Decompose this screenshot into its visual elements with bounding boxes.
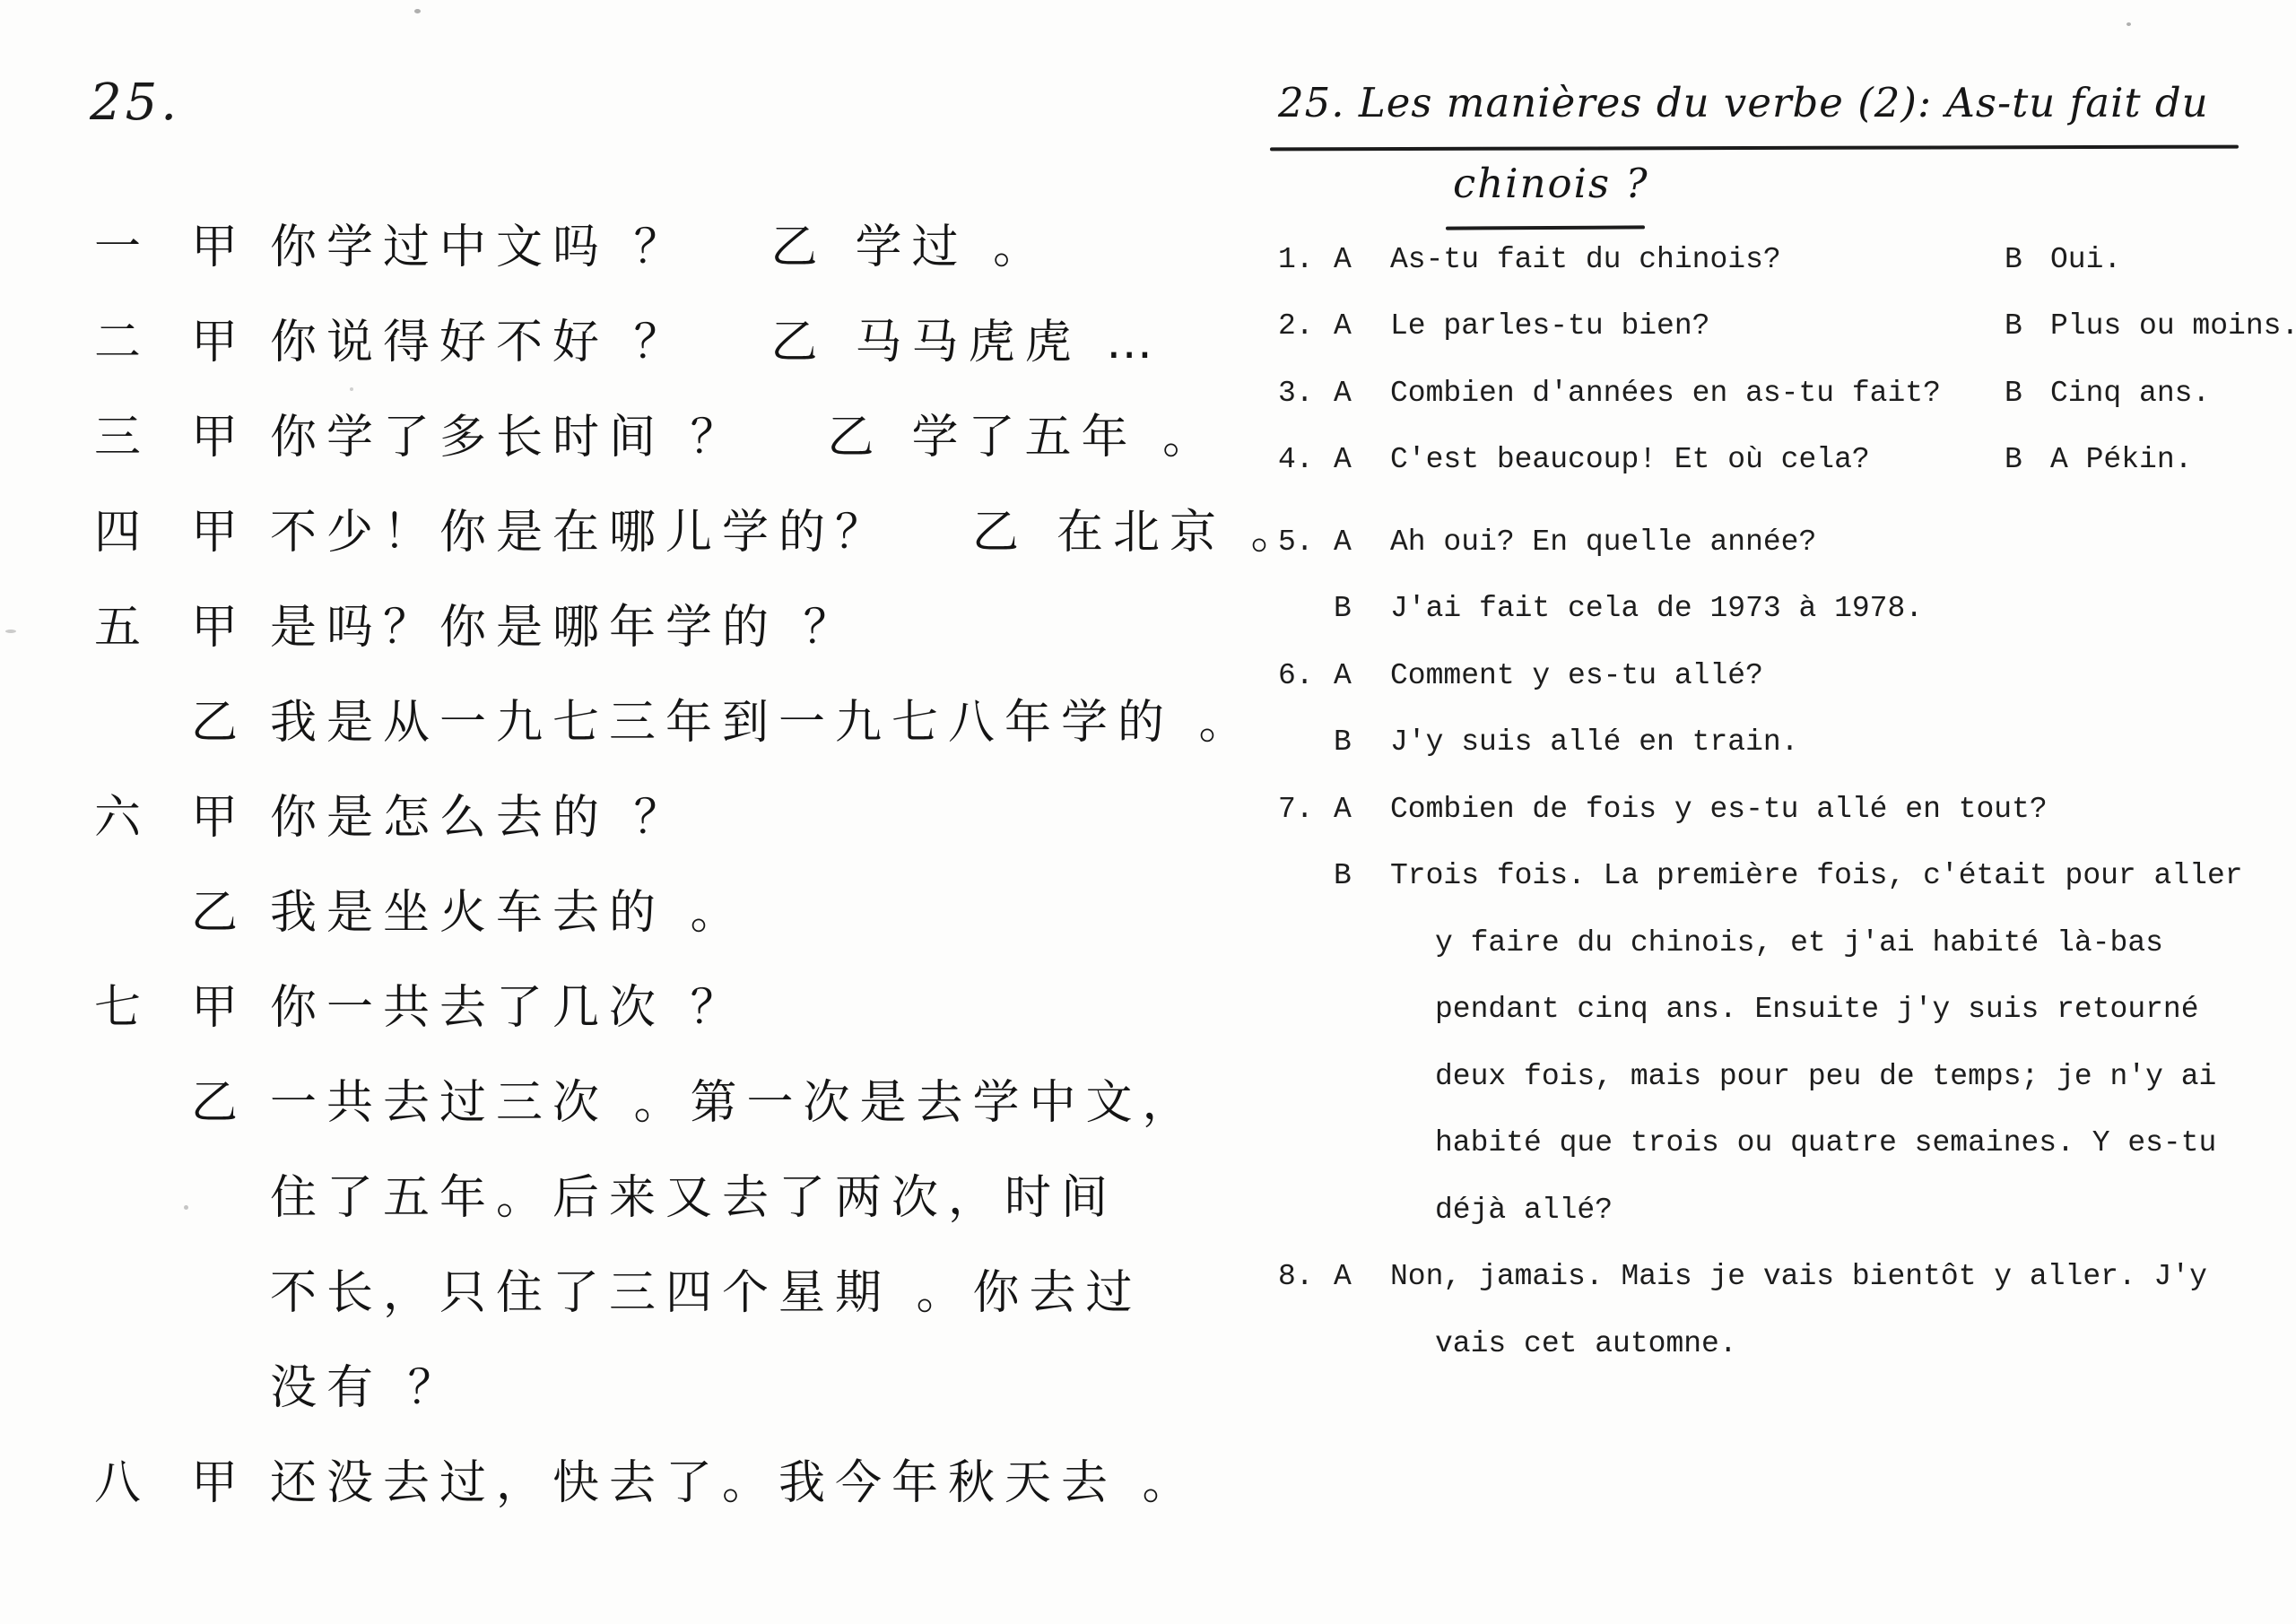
line-text: 一共去过三次 。第一次是去学中文， xyxy=(270,1064,1199,1132)
reply-speaker-label: 乙 xyxy=(828,399,874,466)
dialogue-line: 不长，只住了三四个星期 。你去过 xyxy=(94,1240,1260,1335)
line-text: 你一共去了几次 ？ xyxy=(270,969,747,1037)
line-text: J'ai fait cela de 1973 à 1978. xyxy=(1390,592,1923,625)
line-text: 没有 ？ xyxy=(270,1350,465,1417)
line-number: 一 xyxy=(94,209,191,276)
reply-speaker-label: B xyxy=(2005,243,2050,276)
line-number: 2. xyxy=(1278,309,1334,343)
line-number: 4. xyxy=(1278,443,1334,476)
dialogue-line: 八甲还没去过，快去了。我今年秋天去 。 xyxy=(94,1430,1260,1525)
speaker-label: A xyxy=(1334,1260,1390,1293)
dialogue-line: BJ'y suis allé en train. xyxy=(1278,709,2296,777)
speaker-label: 乙 xyxy=(191,684,270,751)
line-text: Combien de fois y es-tu allé en tout? xyxy=(1390,793,2048,826)
dialogue-line: 8.ANon, jamais. Mais je vais bientôt y a… xyxy=(1278,1244,2296,1311)
dialogue-line: 一甲你学过中文吗 ？乙学过 。 xyxy=(94,195,1260,290)
line-text: 我是坐火车去的 。 xyxy=(270,874,747,942)
reply-text: A Pékin. xyxy=(2050,443,2192,476)
speaker-label: A xyxy=(1334,443,1390,476)
scan-artifact xyxy=(350,387,353,391)
dialogue-line: 4.AC'est beaucoup! Et où cela?BA Pékin. xyxy=(1278,427,2296,494)
line-number: 八 xyxy=(94,1445,191,1512)
chinese-dialogue-column: 一甲你学过中文吗 ？乙学过 。二甲你说得好不好 ？乙马马虎虎 …三甲你学了多长时… xyxy=(94,195,1260,1525)
line-number: 三 xyxy=(94,399,191,466)
dialogue-line: 乙我是坐火车去的 。 xyxy=(94,860,1260,955)
reply-text: 马马虎虎 … xyxy=(856,304,1163,371)
line-text: déjà allé? xyxy=(1390,1194,1613,1227)
dialogue-line: 乙我是从一九七三年到一九七八年学的 。 xyxy=(94,670,1260,765)
speaker-label: 甲 xyxy=(191,779,270,847)
line-text: 是吗？你是哪年学的 ？ xyxy=(270,589,860,656)
line-text: 还没去过，快去了。我今年秋天去 。 xyxy=(270,1445,1199,1512)
line-number: 7. xyxy=(1278,793,1334,826)
scan-artifact xyxy=(414,9,421,13)
speaker-label: 乙 xyxy=(191,874,270,942)
reply-text: Oui. xyxy=(2050,243,2121,276)
title-underline-1 xyxy=(1270,145,2239,152)
speaker-label: A xyxy=(1334,525,1390,559)
dialogue-line: 乙一共去过三次 。第一次是去学中文， xyxy=(94,1050,1260,1145)
line-text: 不长，只住了三四个星期 。你去过 xyxy=(270,1255,1143,1322)
dialogue-line: 2.ALe parles-tu bien?BPlus ou moins. xyxy=(1278,293,2296,360)
dialogue-line: 没有 ？ xyxy=(94,1335,1260,1430)
speaker-label: B xyxy=(1334,725,1390,759)
line-text: 我是从一九七三年到一九七八年学的 。 xyxy=(270,684,1256,751)
speaker-label: A xyxy=(1334,243,1390,276)
line-number: 六 xyxy=(94,779,191,847)
line-text: Ah oui? En quelle année? xyxy=(1390,525,1816,559)
reply-speaker-label: B xyxy=(2005,443,2050,476)
line-text: pendant cinq ans. Ensuite j'y suis retou… xyxy=(1390,993,2199,1026)
line-text: deux fois, mais pour peu de temps; je n'… xyxy=(1390,1060,2216,1093)
line-text: 你是怎么去的 ？ xyxy=(270,779,691,847)
speaker-label: 甲 xyxy=(191,399,270,466)
dialogue-line: habité que trois ou quatre semaines. Y e… xyxy=(1278,1110,2296,1177)
line-number: 8. xyxy=(1278,1260,1334,1293)
dialogue-line: 5.AAh oui? En quelle année? xyxy=(1278,508,2296,576)
reply-text: 在北京 。 xyxy=(1057,494,1308,561)
french-dialogue-column: 1.AAs-tu fait du chinois?BOui.2.ALe parl… xyxy=(1278,226,2296,1377)
speaker-label: A xyxy=(1334,309,1390,343)
line-text: 你学过中文吗 ？ xyxy=(270,209,691,276)
dialogue-line: 三甲你学了多长时间 ？乙学了五年 。 xyxy=(94,385,1260,480)
line-number: 1. xyxy=(1278,243,1334,276)
reply-text: 学过 。 xyxy=(856,209,1050,276)
line-text: y faire du chinois, et j'ai habité là-ba… xyxy=(1390,926,2163,960)
line-text: Le parles-tu bien? xyxy=(1390,309,2005,343)
line-number: 二 xyxy=(94,304,191,371)
reply-speaker-label: 乙 xyxy=(771,209,818,276)
line-text: habité que trois ou quatre semaines. Y e… xyxy=(1390,1126,2216,1159)
reply-speaker-label: 乙 xyxy=(972,494,1019,561)
speaker-label: B xyxy=(1334,592,1390,625)
speaker-label: 甲 xyxy=(191,304,270,371)
dialogue-line: 1.AAs-tu fait du chinois?BOui. xyxy=(1278,226,2296,293)
line-number: 6. xyxy=(1278,659,1334,692)
line-number: 五 xyxy=(94,589,191,656)
dialogue-line: 7.ACombien de fois y es-tu allé en tout? xyxy=(1278,776,2296,843)
dialogue-line: 七甲你一共去了几次 ？ xyxy=(94,955,1260,1050)
line-text: 你学了多长时间 ？ xyxy=(270,399,747,466)
line-text: Non, jamais. Mais je vais bientôt y alle… xyxy=(1390,1260,2207,1293)
dialogue-line: vais cet automne. xyxy=(1278,1310,2296,1377)
reply-text: 学了五年 。 xyxy=(912,399,1220,466)
line-number: 七 xyxy=(94,969,191,1037)
line-number: 四 xyxy=(94,494,191,561)
reply-text: Plus ou moins. xyxy=(2050,309,2296,343)
speaker-label: A xyxy=(1334,793,1390,826)
scanned-textbook-page: 25. 一甲你学过中文吗 ？乙学过 。二甲你说得好不好 ？乙马马虎虎 …三甲你学… xyxy=(0,0,2296,1624)
line-text: 你说得好不好 ？ xyxy=(270,304,691,371)
line-number: 5. xyxy=(1278,525,1334,559)
speaker-label: 甲 xyxy=(191,589,270,656)
dialogue-line: deux fois, mais pour peu de temps; je n'… xyxy=(1278,1043,2296,1110)
line-text: As-tu fait du chinois? xyxy=(1390,243,2005,276)
line-number: 3. xyxy=(1278,377,1334,410)
dialogue-line: 五甲是吗？你是哪年学的 ？ xyxy=(94,575,1260,670)
reply-text: Cinq ans. xyxy=(2050,377,2210,410)
speaker-label: 甲 xyxy=(191,494,270,561)
dialogue-line: 6.AComment y es-tu allé? xyxy=(1278,642,2296,709)
dialogue-line: 四甲不少！你是在哪儿学的？乙在北京 。 xyxy=(94,480,1260,575)
reply-speaker-label: 乙 xyxy=(771,304,818,371)
dialogue-line: 住了五年。后来又去了两次，时间 xyxy=(94,1145,1260,1240)
speaker-label: B xyxy=(1334,859,1390,892)
speaker-label: 甲 xyxy=(191,1445,270,1512)
dialogue-line: déjà allé? xyxy=(1278,1177,2296,1244)
lesson-title-line1: 25. Les manières du verbe (2): As-tu fai… xyxy=(1278,79,2209,126)
line-text: Combien d'années en as-tu fait? xyxy=(1390,377,2005,410)
dialogue-line: y faire du chinois, et j'ai habité là-ba… xyxy=(1278,909,2296,977)
dialogue-line: 3.ACombien d'années en as-tu fait?BCinq … xyxy=(1278,360,2296,427)
reply-speaker-label: B xyxy=(2005,377,2050,410)
scan-artifact xyxy=(5,630,16,633)
lesson-title-line2: chinois ? xyxy=(1453,160,1649,207)
dialogue-line: 六甲你是怎么去的 ？ xyxy=(94,765,1260,860)
line-text: 住了五年。后来又去了两次，时间 xyxy=(270,1159,1118,1227)
speaker-label: 乙 xyxy=(191,1064,270,1132)
dialogue-line: BJ'ai fait cela de 1973 à 1978. xyxy=(1278,576,2296,643)
line-text: Comment y es-tu allé? xyxy=(1390,659,1763,692)
left-page-number: 25. xyxy=(90,74,180,132)
line-text: Trois fois. La première fois, c'était po… xyxy=(1390,859,2243,892)
line-text: C'est beaucoup! Et où cela? xyxy=(1390,443,2005,476)
speaker-label: A xyxy=(1334,377,1390,410)
dialogue-line: BTrois fois. La première fois, c'était p… xyxy=(1278,843,2296,910)
scan-artifact xyxy=(184,1205,188,1210)
line-text: J'y suis allé en train. xyxy=(1390,725,1798,759)
dialogue-line: 二甲你说得好不好 ？乙马马虎虎 … xyxy=(94,290,1260,385)
line-text: vais cet automne. xyxy=(1390,1327,1737,1360)
line-text: 不少！你是在哪儿学的？ xyxy=(270,494,891,561)
speaker-label: A xyxy=(1334,659,1390,692)
scan-artifact xyxy=(2126,22,2131,26)
speaker-label: 甲 xyxy=(191,209,270,276)
reply-speaker-label: B xyxy=(2005,309,2050,343)
speaker-label: 甲 xyxy=(191,969,270,1037)
dialogue-line: pendant cinq ans. Ensuite j'y suis retou… xyxy=(1278,977,2296,1044)
